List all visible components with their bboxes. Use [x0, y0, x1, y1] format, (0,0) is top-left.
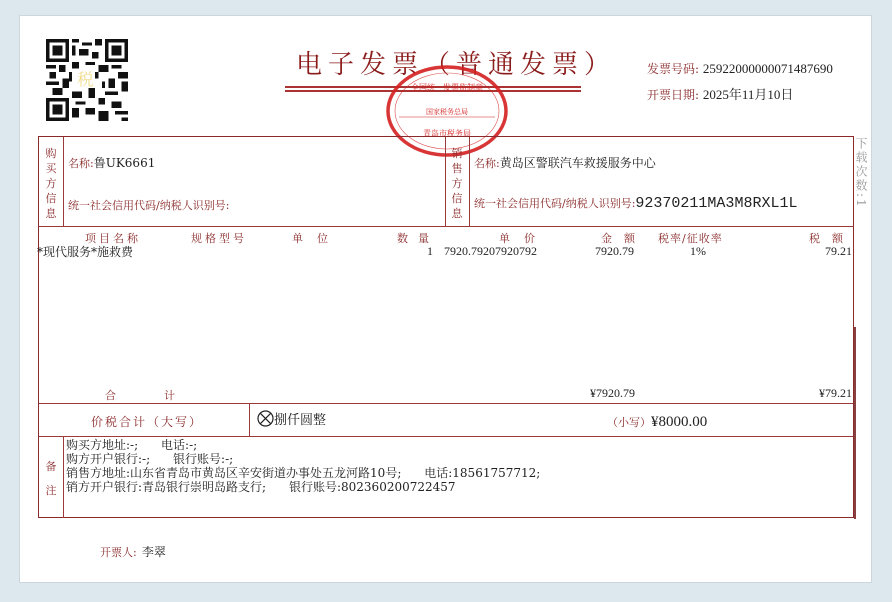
total-amount: ¥7920.79 [590, 386, 635, 401]
remarks-side-label: 备注 [44, 455, 58, 503]
svg-text:国家税务总局: 国家税务总局 [426, 107, 468, 116]
circle-x-icon [257, 410, 274, 427]
seller-tax-id: 统一社会信用代码/纳税人识别号:92370211MA3M8RXL1L [474, 192, 797, 212]
grand-total-lowercase: （小写）¥8000.00 [607, 411, 707, 431]
issuer: 开票人: 李翠 [100, 541, 166, 560]
total-tax: ¥79.21 [819, 386, 852, 401]
invoice-table: 购买方信息 名称:鲁UK6661 统一社会信用代码/纳税人识别号: 销售方信息 … [38, 136, 854, 518]
grand-total-uppercase: 捌仟圆整 [257, 409, 326, 428]
remark-line: 购买方地址:-; 电话:-; [66, 438, 540, 452]
remark-line: 购方开户银行:-; 银行账号:-; [66, 452, 540, 466]
seller-side-label: 销售方信息 [450, 146, 464, 221]
qr-code-icon: 税 [46, 39, 128, 121]
svg-text:全国统一发票监制章: 全国统一发票监制章 [411, 82, 483, 92]
issue-date: 开票日期: 2025年11月10日 [647, 84, 793, 103]
remarks-content: 购买方地址:-; 电话:-; 购方开户银行:-; 银行账号:-; 销售方地址:山… [66, 438, 540, 494]
download-count: 下载次数:1 [856, 137, 870, 209]
total-label: 合计 [105, 387, 175, 403]
col-header-unit: 单位 [292, 230, 342, 246]
buyer-side-label: 购买方信息 [44, 146, 58, 221]
svg-text:税: 税 [77, 70, 93, 89]
buyer-name: 名称:鲁UK6661 [68, 152, 155, 171]
remark-line: 销方开户银行:青岛银行崇明岛路支行; 银行账号:802360200722457 [66, 480, 540, 494]
grand-total-label: 价税合计（大写） [91, 413, 203, 430]
remark-line: 销售方地址:山东省青岛市黄岛区辛安街道办事处五龙河路10号; 电话:185617… [66, 466, 540, 480]
invoice-number: 发票号码: 25922000000071487690 [647, 60, 833, 77]
buyer-tax-id: 统一社会信用代码/纳税人识别号: [68, 194, 229, 213]
seller-name: 名称:黄岛区警联汽车救援服务中心 [474, 152, 656, 171]
col-header-spec: 规格型号 [191, 230, 247, 246]
